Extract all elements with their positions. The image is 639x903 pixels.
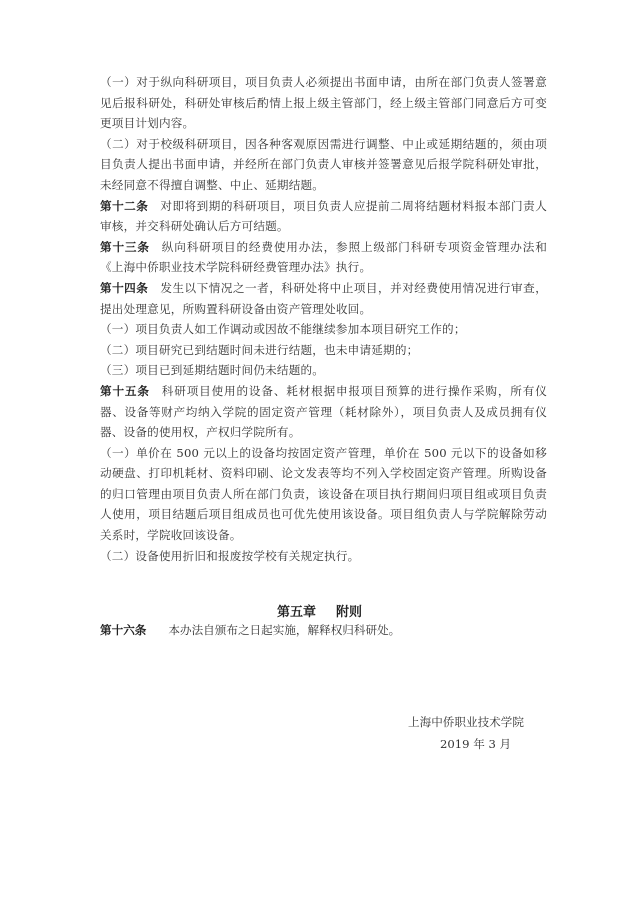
article-15-item-1: （一）单价在 500 元以上的设备均按固定资产管理，单价在 500 元以下的设备… xyxy=(100,443,547,546)
article-15: 第十五条科研项目使用的设备、耗材根据申报项目预算的进行操作采购，所有仪器、设备等… xyxy=(100,381,547,443)
chapter-title: 附则 xyxy=(336,605,362,620)
article-label: 第十五条 xyxy=(100,384,150,398)
article-14-item-1: （一）项目负责人如工作调动或因故不能继续参加本项目研究工作的； xyxy=(100,319,547,340)
article-14-item-2: （二）项目研究已到结题时间未进行结题，也未申请延期的； xyxy=(100,340,547,361)
paragraph-1: （一）对于纵向科研项目，项目负责人必须提出书面申请，由所在部门负责人签署意见后报… xyxy=(100,72,547,134)
article-text: 本办法自颁布之日起实施，解释权归科研处。 xyxy=(168,623,400,637)
article-15-item-2: （二）设备使用折旧和报废按学校有关规定执行。 xyxy=(100,546,547,567)
article-12: 第十二条对即将到期的科研项目，项目负责人应提前二周将结题材料报本部门责人审核，并… xyxy=(100,196,547,237)
signature-block: 上海中侨职业技术学院 2019 年 3 月 xyxy=(408,711,524,755)
article-13: 第十三条纵向科研项目的经费使用办法，参照上级部门科研专项资金管理办法和 《上海中… xyxy=(100,237,547,278)
signature-date: 2019 年 3 月 xyxy=(408,733,524,755)
article-label: 第十六条 xyxy=(100,623,146,637)
article-label: 第十二条 xyxy=(100,199,148,213)
document-body: （一）对于纵向科研项目，项目负责人必须提出书面申请，由所在部门负责人签署意见后报… xyxy=(100,72,547,566)
signature-org: 上海中侨职业技术学院 xyxy=(408,711,524,733)
article-label: 第十三条 xyxy=(100,240,150,254)
article-16: 第十六条本办法自颁布之日起实施，解释权归科研处。 xyxy=(100,620,400,640)
chapter-heading: 第五章附则 xyxy=(0,601,639,620)
article-14: 第十四条发生以下情况之一者，科研处将中止项目，并对经费使用情况进行审查，提出处理… xyxy=(100,278,547,319)
chapter-number: 第五章 xyxy=(277,605,316,620)
article-14-item-3: （三）项目已到延期结题时间仍未结题的。 xyxy=(100,360,547,381)
paragraph-2: （二）对于校级科研项目，因各种客观原因需进行调整、中止或延期结题的，须由项目负责… xyxy=(100,134,547,196)
article-label: 第十四条 xyxy=(100,281,148,295)
